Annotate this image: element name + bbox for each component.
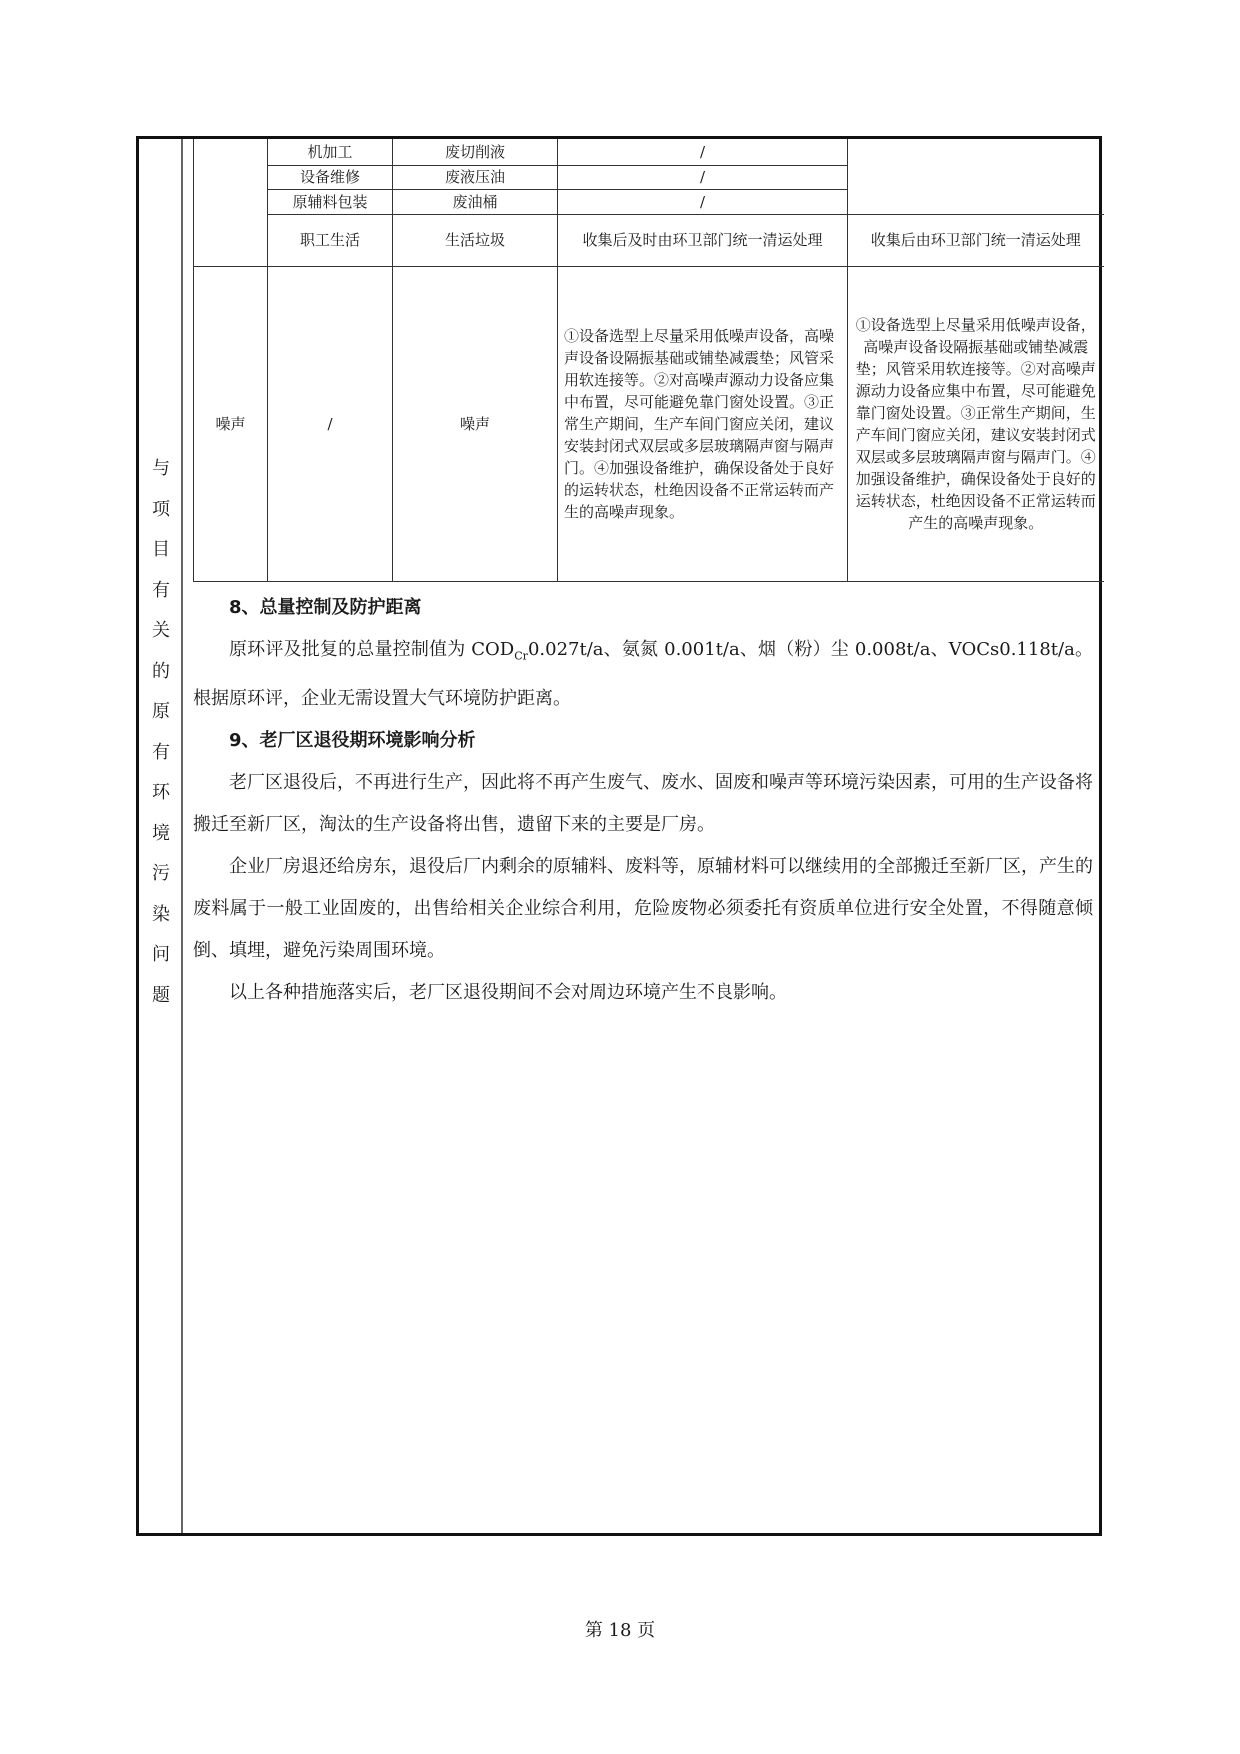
side-char: 环 — [152, 773, 170, 814]
side-char: 目 — [152, 530, 170, 571]
source-cell: 机加工 — [268, 139, 393, 165]
side-char: 染 — [152, 895, 170, 936]
side-char: 问 — [152, 935, 170, 976]
measure-cell: 收集后由环卫部门统一清运处理 — [848, 214, 1104, 266]
waste-name-cell: 生活垃圾 — [393, 214, 558, 266]
subscript: Cr — [514, 650, 528, 663]
measure-cell: ①设备选型上尽量采用低噪声设备，高噪声设备设隔振基础或铺垫减震垫；风管采用软连接… — [848, 266, 1104, 581]
side-char: 与 — [152, 449, 170, 490]
side-char: 项 — [152, 490, 170, 531]
category-cell-solid — [194, 139, 268, 266]
current-cell: / — [558, 139, 848, 165]
side-char: 关 — [152, 611, 170, 652]
side-label: 与 项 目 有 关 的 原 有 环 境 污 染 问 题 — [139, 449, 183, 1016]
side-char: 题 — [152, 976, 170, 1017]
source-cell: 职工生活 — [268, 214, 393, 266]
waste-name-cell: 废油桶 — [393, 189, 558, 214]
table-row-noise: 噪声 / 噪声 ①设备选型上尽量采用低噪声设备，高噪声设备设隔振基础或铺垫减震垫… — [194, 266, 1104, 581]
source-cell: 设备维修 — [268, 165, 393, 189]
text-run: 原环评及批复的总量控制值为 COD — [229, 639, 514, 660]
document-frame: 与 项 目 有 关 的 原 有 环 境 污 染 问 题 机加工 废切削液 / — [136, 136, 1102, 1536]
waste-name-cell: 废液压油 — [393, 165, 558, 189]
body-text: 8、总量控制及防护距离 原环评及批复的总量控制值为 CODCr0.027t/a、… — [193, 587, 1093, 1014]
current-measure-cell: ①设备选型上尽量采用低噪声设备，高噪声设备设隔振基础或铺垫减震垫；风管采用软连接… — [558, 266, 848, 581]
source-cell: 原辅料包装 — [268, 189, 393, 214]
paragraph: 老厂区退役后，不再进行生产，因此将不再产生废气、废水、固废和噪声等环境污染因素，… — [193, 762, 1093, 846]
waste-name-cell: 噪声 — [393, 266, 558, 581]
paragraph: 企业厂房退还给房东，退役后厂内剩余的原辅料、废料等，原辅材料可以继续用的全部搬迁… — [193, 846, 1093, 972]
section-heading-8: 8、总量控制及防护距离 — [193, 587, 1093, 629]
side-label-column: 与 项 目 有 关 的 原 有 环 境 污 染 问 题 — [139, 139, 183, 1533]
side-char: 有 — [152, 571, 170, 612]
waste-treatment-table: 机加工 废切削液 / 设备维修 废液压油 / 原辅料包装 废油桶 / 职工生活 … — [193, 139, 1104, 582]
table-row: 职工生活 生活垃圾 收集后及时由环卫部门统一清运处理 收集后由环卫部门统一清运处… — [194, 214, 1104, 266]
paragraph: 原环评及批复的总量控制值为 CODCr0.027t/a、氨氮 0.001t/a、… — [193, 629, 1093, 720]
paragraph: 以上各种措施落实后，老厂区退役期间不会对周边环境产生不良影响。 — [193, 972, 1093, 1014]
current-cell: / — [558, 189, 848, 214]
waste-name-cell: 废切削液 — [393, 139, 558, 165]
category-cell: 噪声 — [194, 266, 268, 581]
current-cell: 收集后及时由环卫部门统一清运处理 — [558, 214, 848, 266]
table-row: 机加工 废切削液 / — [194, 139, 1104, 165]
page-number: 第 18 页 — [0, 1616, 1240, 1642]
side-char: 的 — [152, 652, 170, 693]
current-cell: / — [558, 165, 848, 189]
side-char: 污 — [152, 854, 170, 895]
side-char: 原 — [152, 692, 170, 733]
measure-cell-empty — [848, 139, 1104, 214]
side-char: 境 — [152, 814, 170, 855]
side-char: 有 — [152, 733, 170, 774]
source-cell: / — [268, 266, 393, 581]
section-heading-9: 9、老厂区退役期环境影响分析 — [193, 720, 1093, 762]
content-area: 机加工 废切削液 / 设备维修 废液压油 / 原辅料包装 废油桶 / 职工生活 … — [183, 139, 1099, 1533]
